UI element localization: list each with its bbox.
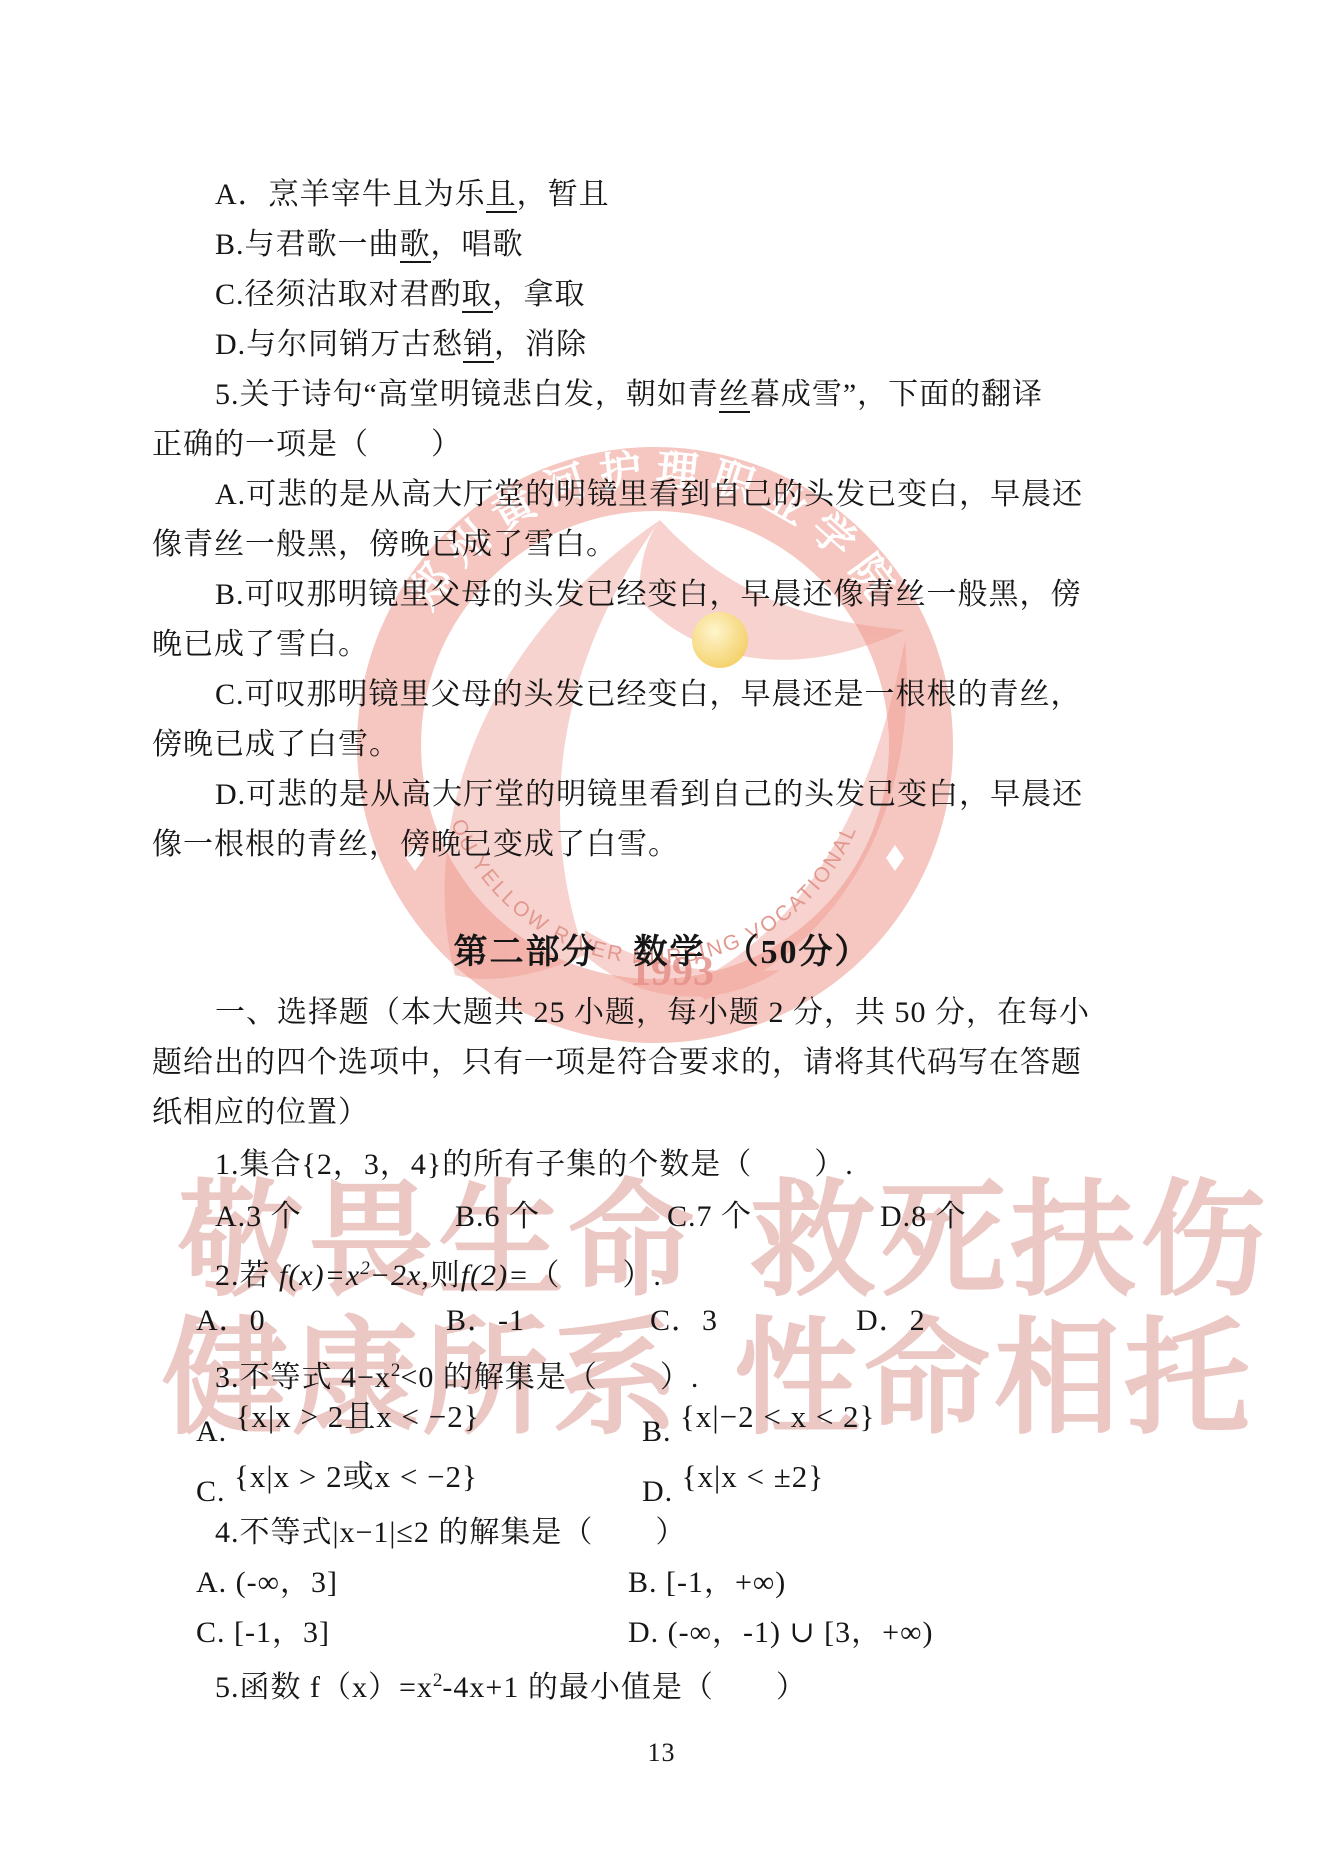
- math-q1-option-b: B.6 个: [455, 1192, 540, 1242]
- option-gloss: ，拿取: [493, 278, 586, 311]
- underlined-char: 取: [462, 278, 493, 313]
- math-intro-line1: 一、选择题（本大题共 25 小题，每小题 2 分，共 50 分，在每小: [215, 988, 1090, 1038]
- page-number: 13: [0, 1728, 1323, 1778]
- stem-text: 则: [430, 1259, 461, 1292]
- math-q1-option-d: D.8 个: [880, 1192, 967, 1242]
- math-section-heading: 第二部分 数学 （50分）: [152, 928, 1172, 978]
- lang-q5-option-c-line1: C.可叹那明镜里父母的头发已经变白，早晨还是一根根的青丝，: [215, 670, 1082, 720]
- underlined-char: 歌: [400, 228, 431, 263]
- math-q2-option-d: D．2: [856, 1296, 926, 1346]
- math-q1-stem: 1.集合{2，3，4}的所有子集的个数是（ ）.: [215, 1140, 854, 1190]
- lang-q4-option-d: D.与尔同销万古愁销，消除: [215, 320, 587, 370]
- option-label: A.: [196, 1566, 227, 1599]
- option-label: B.: [628, 1566, 658, 1599]
- lang-q4-option-c: C.径须沽取对君酌取，拿取: [215, 270, 586, 320]
- stem-text: 暮成雪”，下面的翻译: [750, 378, 1043, 411]
- exponent: 2: [360, 1258, 370, 1279]
- option-quote: 与君歌一曲: [245, 228, 400, 261]
- answer-blank: 的解集是（ ）: [430, 1516, 687, 1549]
- math-q2-option-c: C．3: [650, 1296, 718, 1346]
- math-q1-option-c: C.7 个: [667, 1192, 752, 1242]
- lang-q5-option-c-line2: 傍晚已成了白雪。: [152, 720, 400, 770]
- exponent: 2: [391, 1360, 401, 1381]
- stem-text: 4.不等式: [215, 1516, 333, 1549]
- math-expression: |x−1|≤2: [333, 1516, 430, 1549]
- option-label: C.: [196, 1616, 226, 1649]
- lang-q5-stem-line2: 正确的一项是（ ）: [152, 420, 462, 470]
- math-intro-line2: 题给出的四个选项中，只有一项是符合要求的，请将其代码写在答题: [152, 1038, 1082, 1088]
- math-q3-option-b: B. {x|−2 < x < 2}: [642, 1392, 875, 1454]
- math-expression: f(x)=x: [279, 1259, 360, 1292]
- math-q5-stem: 5.函数 f（x）=x2-4x+1 的最小值是（ ）: [215, 1656, 807, 1706]
- math-q3-options-row1: A. {x|x > 2且x < −2} B. {x|−2 < x < 2}: [0, 1392, 1323, 1454]
- math-expression: <0: [400, 1361, 434, 1394]
- set-expression: {x|x > 2且x < −2}: [236, 1399, 480, 1434]
- math-expression: f(2)=: [461, 1259, 530, 1292]
- stem-text: 5.函数 f（x）=x: [215, 1671, 433, 1704]
- option-label: D.: [215, 328, 246, 361]
- math-q2-options: A．0 B．-1 C．3 D．2: [0, 1296, 1323, 1346]
- math-q3-option-a: A. {x|x > 2且x < −2}: [196, 1392, 480, 1454]
- option-gloss: ，消除: [494, 328, 587, 361]
- math-q1-options: A.3 个 B.6 个 C.7 个 D.8 个: [0, 1192, 1323, 1242]
- lang-q5-option-b-line1: B.可叹那明镜里父母的头发已经变白，早晨还像青丝一般黑，傍: [215, 570, 1082, 620]
- math-q3-option-d: D. {x|x < ±2}: [642, 1452, 824, 1514]
- lang-q4-option-b: B.与君歌一曲歌，唱歌: [215, 220, 524, 270]
- math-q2-stem: 2.若 f(x)=x2−2x,则f(2)=（ ）.: [215, 1244, 662, 1294]
- lang-q5-option-d-line1: D.可悲的是从高大厅堂的明镜里看到自己的头发已变白，早晨还: [215, 770, 1083, 820]
- answer-blank: （ ）.: [529, 1259, 662, 1292]
- option-label: B.: [642, 1407, 672, 1457]
- math-q4-option-b: B. [-1，+∞): [628, 1558, 786, 1608]
- exponent: 2: [433, 1670, 443, 1691]
- math-q4-options-row1: A. (-∞，3] B. [-1，+∞): [0, 1558, 1323, 1608]
- option-quote: 烹羊宰牛且为乐: [269, 178, 486, 211]
- underlined-char: 且: [486, 178, 517, 213]
- lang-q5-option-a-line1: A.可悲的是从高大厅堂的明镜里看到自己的头发已变白，早晨还: [215, 470, 1083, 520]
- stem-text: 的解集是: [434, 1361, 567, 1394]
- stem-text: 5.关于诗句“高堂明镜悲白发，朝如青: [215, 378, 719, 411]
- interval-expression: (-∞，-1) ∪ [3，+∞): [668, 1616, 934, 1649]
- option-label: D.: [628, 1616, 659, 1649]
- underlined-char: 丝: [719, 378, 750, 413]
- lang-q5-option-a-line2: 像青丝一般黑，傍晚已成了雪白。: [152, 520, 617, 570]
- math-q1-option-a: A.3 个: [215, 1192, 302, 1242]
- interval-expression: (-∞，3]: [236, 1566, 338, 1599]
- lang-q5-option-d-line2: 像一根根的青丝，傍晚已变成了白雪。: [152, 820, 679, 870]
- interval-expression: [-1，+∞): [666, 1566, 786, 1599]
- math-intro-line3: 纸相应的位置）: [152, 1088, 369, 1138]
- underlined-char: 销: [463, 328, 494, 363]
- stem-text: -4x+1 的最小值是（ ）: [442, 1671, 806, 1704]
- stem-text: 不等式: [240, 1361, 342, 1394]
- option-label: A.: [196, 1407, 227, 1457]
- exam-page: 郑州黄河护理职业学院 ZHENGZHOU YELLOW RIVER NURSIN…: [0, 0, 1323, 1871]
- stem-text: 若: [240, 1259, 280, 1292]
- math-q2-option-a: A．0: [196, 1296, 266, 1346]
- question-number: 2.: [215, 1259, 240, 1292]
- lang-q5-option-b-line2: 晚已成了雪白。: [152, 620, 369, 670]
- math-q4-option-c: C. [-1，3]: [196, 1608, 330, 1658]
- set-expression: {x|x < ±2}: [682, 1459, 824, 1494]
- math-q4-options-row2: C. [-1，3] D. (-∞，-1) ∪ [3，+∞): [0, 1608, 1323, 1658]
- option-quote: 径须沽取对君酌: [245, 278, 462, 311]
- lang-q5-stem-line1: 5.关于诗句“高堂明镜悲白发，朝如青丝暮成雪”，下面的翻译: [215, 370, 1043, 420]
- math-q3-stem: 3.不等式 4−x2<0 的解集是（ ）.: [215, 1346, 699, 1396]
- question-number: 3.: [215, 1361, 240, 1394]
- math-q4-option-a: A. (-∞，3]: [196, 1558, 338, 1608]
- option-label: B.: [215, 228, 245, 261]
- lang-q4-option-a: A．烹羊宰牛且为乐且，暂且: [215, 170, 610, 220]
- set-expression: {x|x > 2或x < −2}: [234, 1459, 478, 1494]
- interval-expression: [-1，3]: [234, 1616, 330, 1649]
- math-expression: −2x,: [370, 1259, 430, 1292]
- set-expression: {x|−2 < x < 2}: [680, 1399, 875, 1434]
- math-q3-option-c: C. {x|x > 2或x < −2}: [196, 1452, 478, 1514]
- math-q3-options-row2: C. {x|x > 2或x < −2} D. {x|x < ±2}: [0, 1452, 1323, 1514]
- option-quote: 与尔同销万古愁: [246, 328, 463, 361]
- sun-ball-icon: [692, 612, 748, 668]
- answer-blank: （ ）.: [567, 1361, 700, 1394]
- math-q4-stem: 4.不等式|x−1|≤2 的解集是（ ）: [215, 1508, 686, 1558]
- option-gloss: ，唱歌: [431, 228, 524, 261]
- option-label: A．: [215, 178, 269, 211]
- math-q4-option-d: D. (-∞，-1) ∪ [3，+∞): [628, 1608, 933, 1658]
- option-gloss: ，暂且: [517, 178, 610, 211]
- math-expression: 4−x: [341, 1361, 391, 1394]
- option-label: C.: [215, 278, 245, 311]
- math-q2-option-b: B．-1: [446, 1296, 525, 1346]
